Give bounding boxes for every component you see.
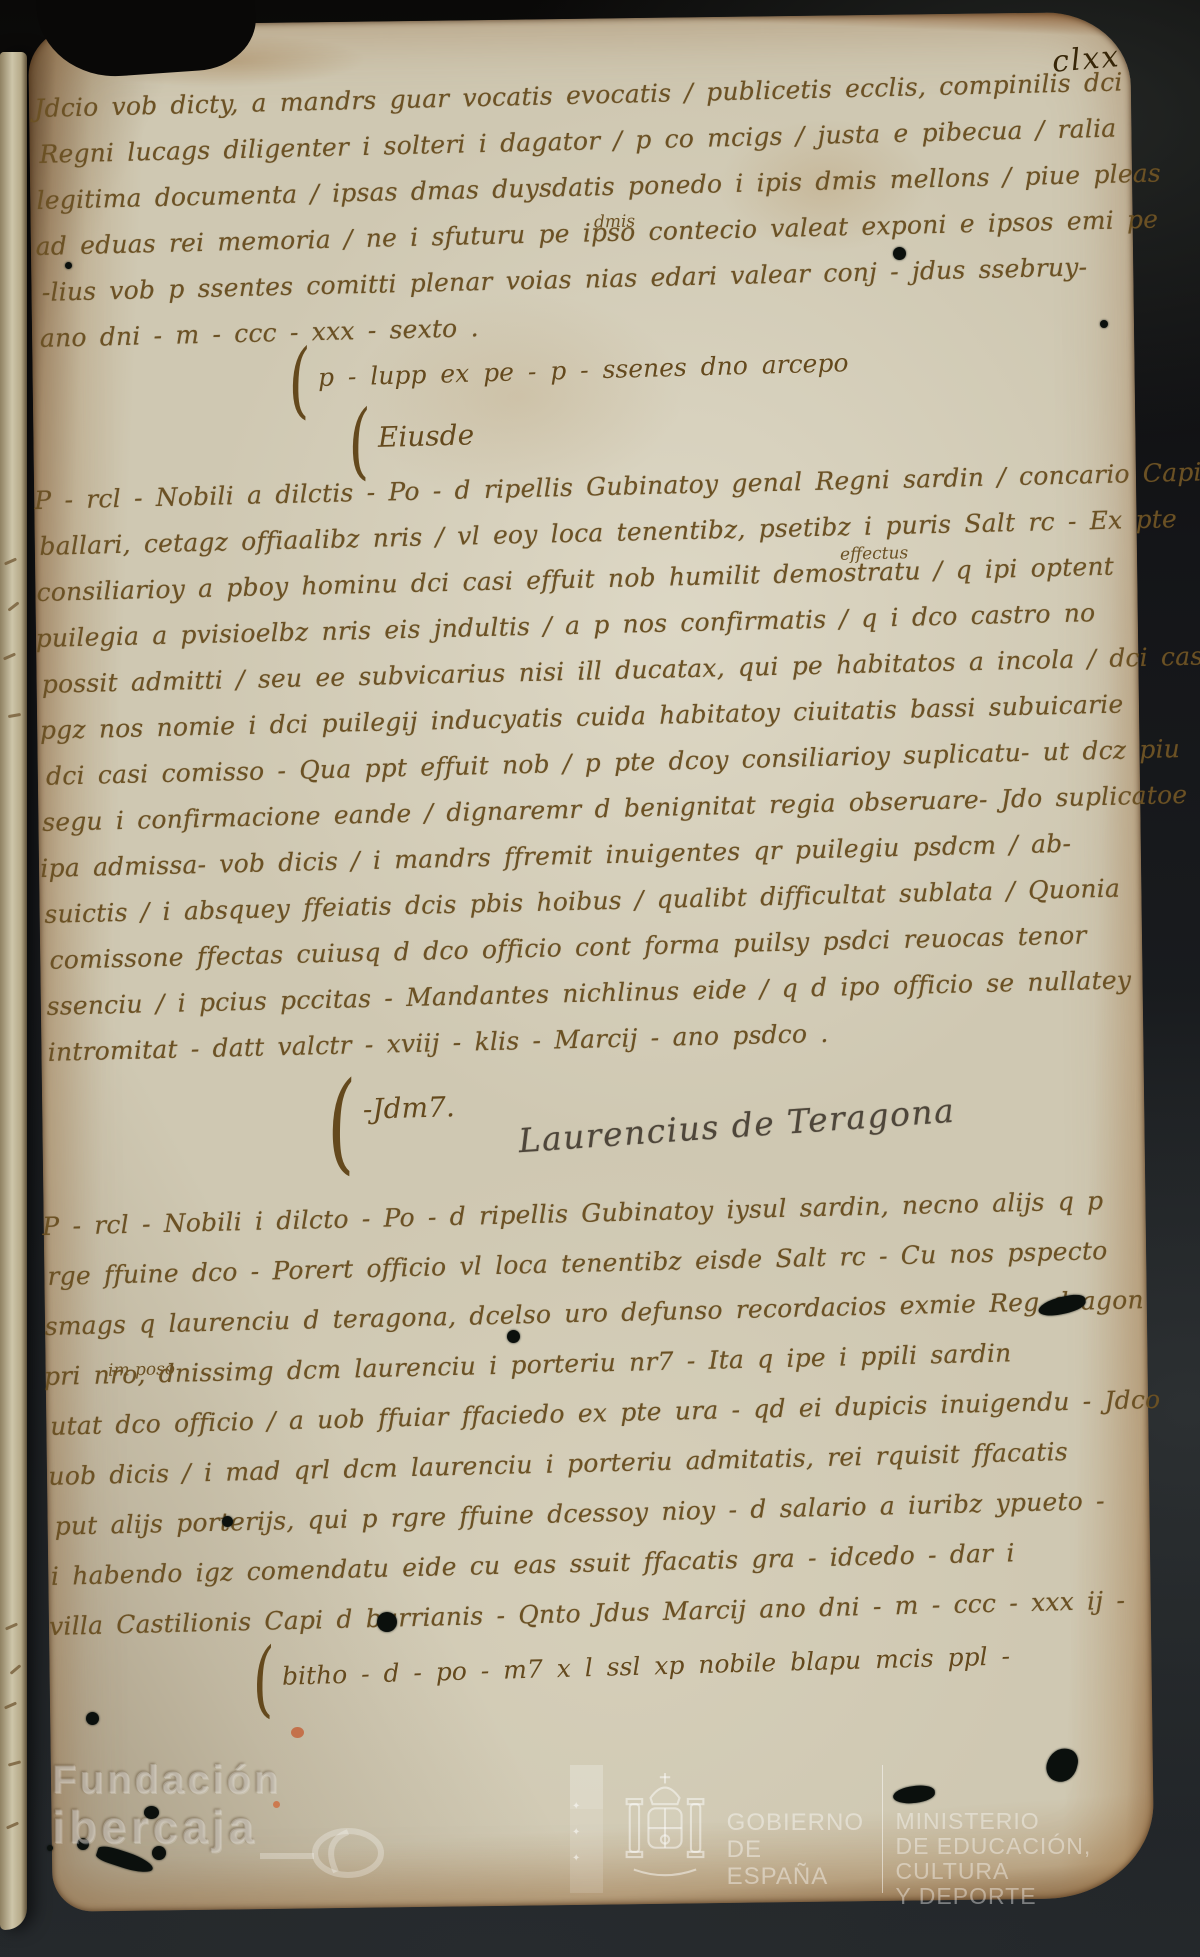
watermark-divider bbox=[882, 1765, 884, 1893]
entry3-text-block: P - rcl - Nobili i dilcto - Po - d ripel… bbox=[42, 1185, 1166, 1662]
interlinear-correction: im poso bbox=[108, 1359, 176, 1381]
heading-text: -Jdm7. bbox=[362, 1090, 455, 1126]
entry2-heading: (Eiusde bbox=[348, 418, 475, 455]
ink-blot bbox=[893, 247, 906, 260]
ibercaja-watermark-line2: ibercaja bbox=[52, 1804, 281, 1850]
pigment-speck bbox=[291, 1727, 304, 1738]
paragraph-flourish: ( bbox=[327, 1121, 356, 1127]
entry3-heading: (-Jdm7. bbox=[326, 1090, 456, 1127]
manuscript-scan: clxx Jdcio vob dicty, a mandrs guar voca… bbox=[0, 0, 1200, 1957]
government-watermark: ✦ ✦ ✦ bbox=[570, 1765, 1200, 1909]
star-icon: ✦ bbox=[572, 1827, 580, 1838]
margin-ink-mark bbox=[4, 557, 17, 565]
ink-blot bbox=[507, 1330, 520, 1343]
margin-ink-mark bbox=[8, 1760, 21, 1766]
paragraph-flourish: ( bbox=[252, 1679, 274, 1683]
ministerio-line1: MINISTERIO bbox=[895, 1809, 1200, 1834]
margin-ink-mark bbox=[4, 1701, 17, 1709]
gobierno-watermark-text: GOBIERNO DE ESPAÑA bbox=[727, 1809, 866, 1890]
margin-ink-mark bbox=[3, 652, 16, 660]
margin-ink-mark bbox=[10, 1664, 22, 1675]
margin-ink-mark bbox=[8, 713, 21, 718]
gobierno-line2: DE ESPAÑA bbox=[727, 1836, 866, 1890]
star-icon: ✦ bbox=[572, 1801, 580, 1812]
interlinear-correction: effectus bbox=[840, 543, 909, 565]
ink-blot bbox=[377, 1612, 397, 1632]
heading-text: Eiusde bbox=[377, 418, 474, 454]
interlinear-correction: dmis bbox=[594, 212, 636, 233]
paragraph-flourish: ( bbox=[348, 441, 370, 445]
ink-blot bbox=[65, 262, 72, 269]
ink-blot bbox=[222, 1516, 233, 1527]
margin-ink-mark bbox=[7, 601, 19, 611]
margin-ink-mark bbox=[6, 1821, 19, 1829]
margin-ink-mark bbox=[5, 1622, 18, 1630]
ministerio-line2: DE EDUCACIÓN, CULTURA bbox=[895, 1834, 1200, 1884]
ibercaja-watermark-line1: Fundación bbox=[52, 1760, 281, 1800]
previous-folio-edge bbox=[0, 52, 27, 1930]
spain-coat-of-arms-icon bbox=[613, 1771, 717, 1888]
ministerio-line3: Y DEPORTE bbox=[895, 1884, 1200, 1909]
gobierno-line1: GOBIERNO bbox=[727, 1809, 866, 1836]
paragraph-flourish: ( bbox=[288, 380, 310, 384]
ink-blot bbox=[86, 1712, 99, 1725]
star-icon: ✦ bbox=[572, 1853, 580, 1864]
flag-icon: ✦ ✦ ✦ bbox=[570, 1765, 603, 1893]
ministerio-watermark-text: MINISTERIO DE EDUCACIÓN, CULTURA Y DEPOR… bbox=[895, 1809, 1200, 1909]
entry2-text-block: P - rcl - Nobili a dilctis - Po - d ripe… bbox=[34, 457, 1200, 1084]
ink-blot bbox=[1100, 320, 1108, 328]
ibercaja-watermark: Fundación ibercaja bbox=[52, 1760, 281, 1850]
ibercaja-logo-icon bbox=[258, 1818, 386, 1888]
